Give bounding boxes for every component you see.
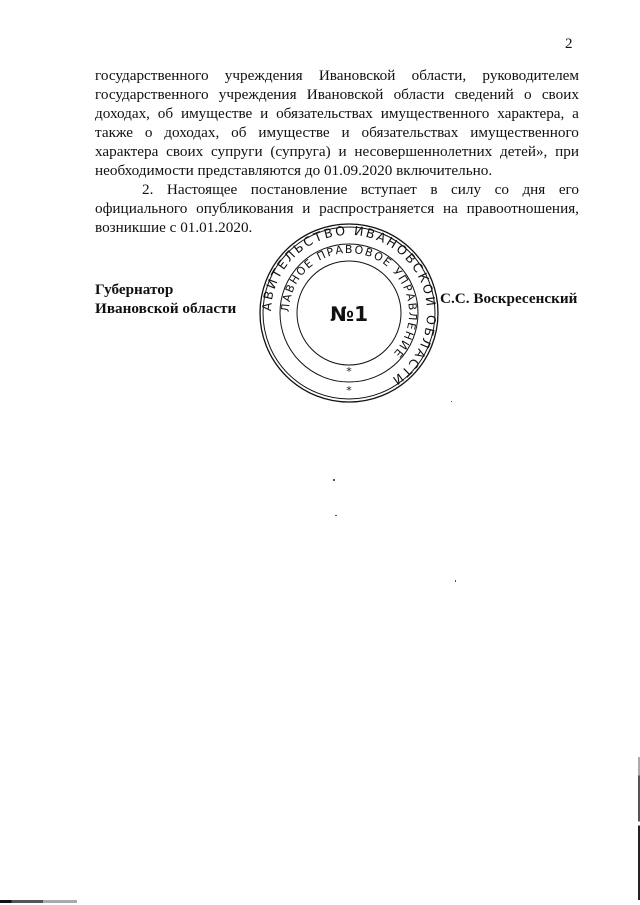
word: учреждения: [219, 85, 297, 104]
word: силу: [451, 180, 481, 199]
word: о: [524, 85, 532, 104]
word: правоотношения,: [467, 199, 579, 218]
word: дня: [522, 180, 545, 199]
word: супруги: [211, 142, 263, 161]
word: имуществе: [181, 104, 252, 123]
word: Настоящее: [167, 180, 237, 199]
word: государственного: [95, 66, 209, 85]
word: обязательствах: [362, 123, 459, 142]
text-line: характерасвоихсупруги(супруга)инесоверше…: [95, 142, 579, 161]
word: и: [338, 142, 346, 161]
word: при: [555, 142, 579, 161]
word: опубликования: [196, 199, 293, 218]
word: 2.: [142, 180, 153, 199]
text-line: государственногоучрежденияИвановскойобла…: [95, 66, 579, 85]
word: характера: [95, 142, 158, 161]
word: детей»,: [500, 142, 547, 161]
word: со: [495, 180, 509, 199]
document-body: государственногоучрежденияИвановскойобла…: [95, 66, 579, 237]
word: имущественного: [470, 123, 579, 142]
stamp-star-icon: *: [346, 384, 352, 397]
word: официального: [95, 199, 187, 218]
word: Ивановской: [319, 66, 396, 85]
word: об: [231, 123, 246, 142]
word: своих: [166, 142, 203, 161]
word: об: [158, 104, 173, 123]
word: Ивановской: [307, 85, 384, 104]
word: области,: [412, 66, 467, 85]
word: характера,: [497, 104, 564, 123]
word: его: [559, 180, 579, 199]
official-stamp: ПРАВИТЕЛЬСТВО ИВАНОВСКОЙ ОБЛАСТИ ГЛАВНОЕ…: [258, 222, 440, 404]
word: обязательствах: [276, 104, 373, 123]
scan-speck: [333, 479, 335, 481]
word: постановление: [251, 180, 347, 199]
word: (супруга): [270, 142, 330, 161]
signature-name: С.С. Воскресенский: [440, 290, 577, 308]
signature-title-line2: Ивановской области: [95, 299, 236, 318]
word: своих: [542, 85, 579, 104]
text-line: государственногоучрежденияИвановскойобла…: [95, 85, 579, 104]
word: сведений: [455, 85, 514, 104]
stamp-number: №1: [330, 302, 368, 326]
signature-title: Губернатор Ивановской области: [95, 280, 236, 318]
text-line: необходимости представляются до 01.09.20…: [95, 161, 579, 180]
word: в: [430, 180, 437, 199]
stamp-star-icon: *: [346, 365, 352, 378]
word: имущественного: [381, 104, 490, 123]
word: о: [145, 123, 153, 142]
scan-speck: [451, 401, 452, 402]
scan-footer-bar: [0, 900, 77, 903]
word: и: [342, 123, 350, 142]
word: распространяется: [319, 199, 434, 218]
signature-title-line1: Губернатор: [95, 280, 236, 299]
page-number: 2: [565, 36, 573, 53]
word: области: [394, 85, 445, 104]
word: доходах,: [95, 104, 150, 123]
text-line: официальногоопубликованияираспространяет…: [95, 199, 579, 218]
scan-speck: [335, 515, 337, 516]
text-line: такжеодоходах,обимуществеиобязательствах…: [95, 123, 579, 142]
word: государственного: [95, 85, 209, 104]
word: учреждения: [225, 66, 303, 85]
word: и: [260, 104, 268, 123]
stamp-seal-icon: ПРАВИТЕЛЬСТВО ИВАНОВСКОЙ ОБЛАСТИ ГЛАВНОЕ…: [258, 222, 440, 404]
word: также: [95, 123, 133, 142]
word: вступает: [361, 180, 417, 199]
text-line: 2.Настоящеепостановлениевступаетвсилусод…: [95, 180, 579, 199]
scan-speck: [455, 580, 456, 582]
word: доходах,: [164, 123, 219, 142]
word: руководителем: [482, 66, 579, 85]
text-line: доходах,обимуществеиобязательствахимущес…: [95, 104, 579, 123]
word: несовершеннолетних: [354, 142, 492, 161]
word: имуществе: [258, 123, 329, 142]
word: на: [443, 199, 458, 218]
word: и: [302, 199, 310, 218]
word: а: [572, 104, 579, 123]
